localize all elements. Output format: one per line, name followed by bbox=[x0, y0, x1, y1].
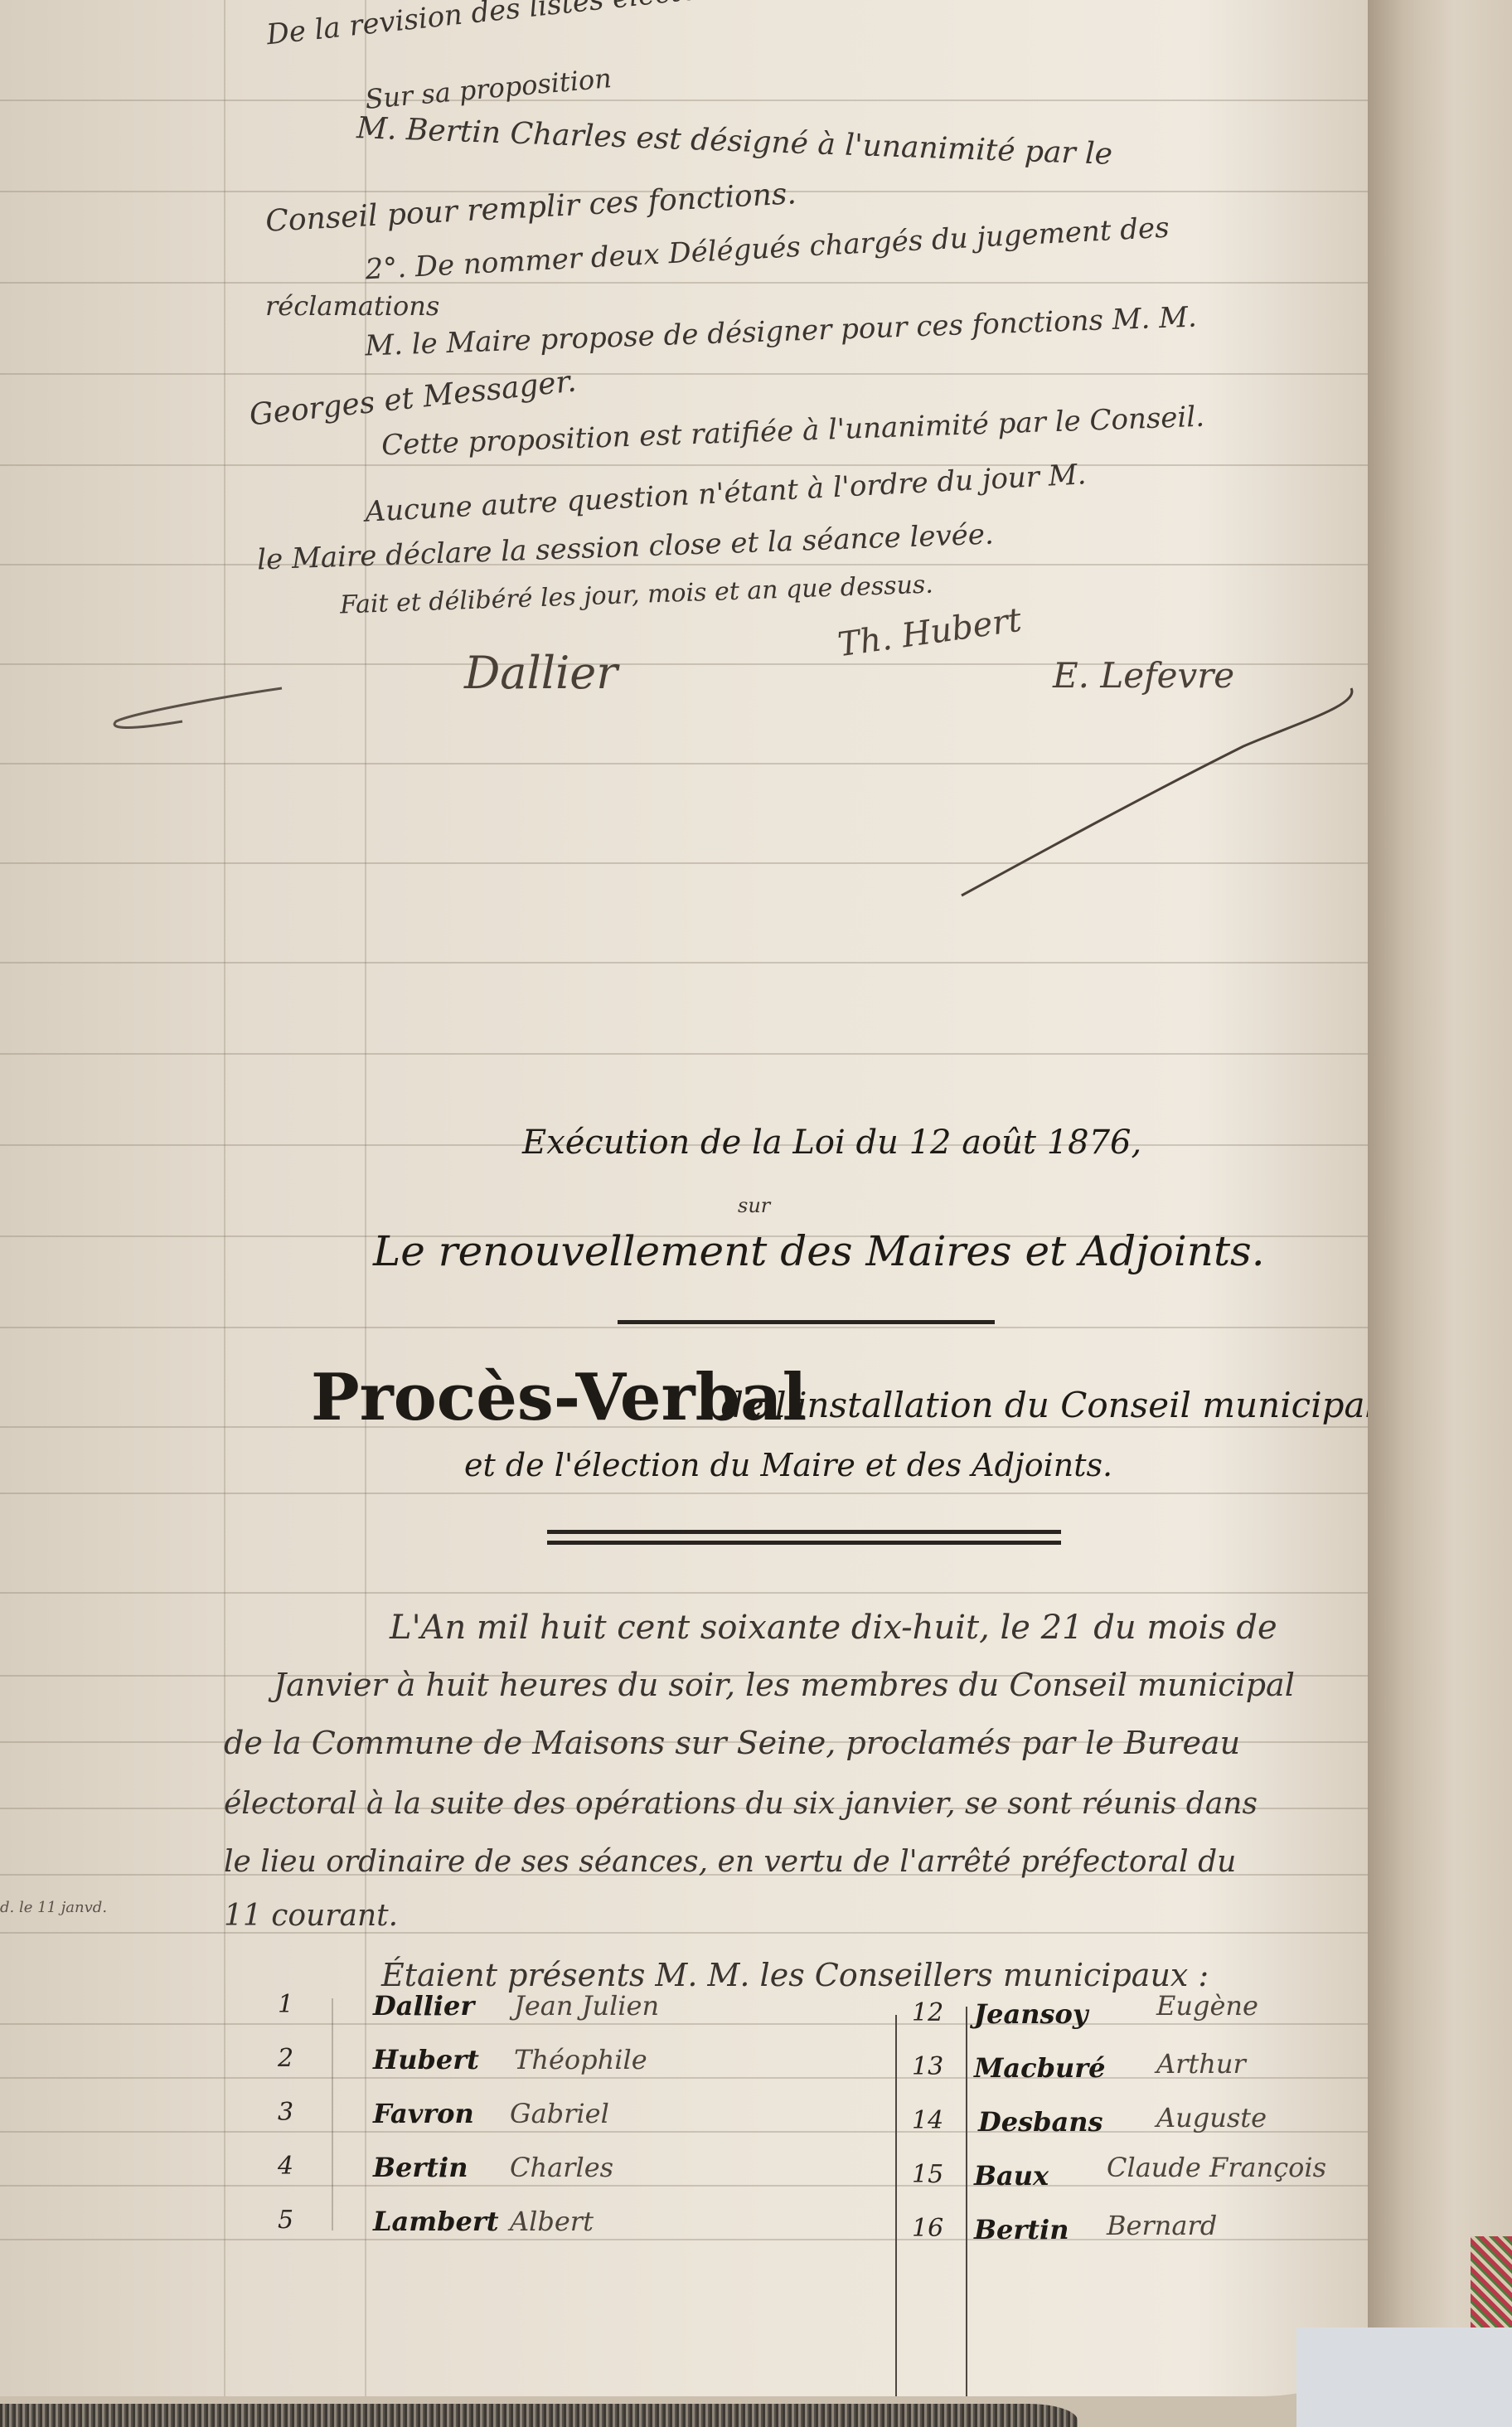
councillor-given-name: Eugène bbox=[1156, 1990, 1258, 2022]
ruled-line bbox=[0, 1493, 1409, 1494]
column-line bbox=[332, 1998, 333, 2230]
councillor-given-name: Auguste bbox=[1156, 2102, 1267, 2133]
ruled-line bbox=[0, 564, 1409, 565]
adjacent-page bbox=[1368, 0, 1512, 2427]
ruled-line bbox=[0, 100, 1409, 101]
councillor-number: 1 bbox=[278, 1990, 293, 2019]
text-line: M. le Maire propose de désigner pour ces… bbox=[365, 300, 1198, 362]
body-line: le lieu ordinaire de ses séances, en ver… bbox=[224, 1845, 1236, 1879]
ruled-line bbox=[0, 1592, 1409, 1594]
councillor-number: 14 bbox=[912, 2106, 943, 2135]
ruled-line bbox=[0, 962, 1409, 964]
text-line: Conseil pour remplir ces fonctions. bbox=[264, 177, 797, 238]
proces-verbal-subtitle: de l'installation du Conseil municipal bbox=[721, 1385, 1376, 1425]
councillor-given-name: Arthur bbox=[1156, 2048, 1246, 2080]
column-line bbox=[966, 2007, 967, 2396]
councillor-number: 4 bbox=[278, 2152, 293, 2181]
councillor-surname: Favron bbox=[373, 2098, 474, 2129]
body-line: Janvier à huit heures du soir, les membr… bbox=[274, 1667, 1295, 1703]
margin-line bbox=[224, 0, 225, 2396]
councillor-surname: Lambert bbox=[373, 2206, 498, 2237]
councillor-given-name: Bernard bbox=[1107, 2210, 1217, 2241]
ruled-line bbox=[0, 282, 1409, 284]
column-line bbox=[895, 2015, 897, 2396]
councillor-surname: Desbans bbox=[978, 2106, 1103, 2138]
councillor-given-name: Charles bbox=[510, 2152, 613, 2183]
body-line: de la Commune de Maisons sur Seine, proc… bbox=[224, 1725, 1240, 1761]
councillor-surname: Hubert bbox=[373, 2044, 479, 2075]
councillor-number: 15 bbox=[912, 2160, 943, 2189]
councillor-surname: Macburé bbox=[974, 2052, 1106, 2084]
councillor-given-name: Gabriel bbox=[510, 2098, 609, 2129]
signature-flourish-icon bbox=[99, 655, 1376, 904]
body-line: 11 courant. bbox=[224, 1899, 398, 1933]
text-line: Fait et délibéré les jour, mois et an qu… bbox=[340, 570, 934, 620]
double-divider-top bbox=[547, 1530, 1061, 1534]
councillor-number: 5 bbox=[278, 2206, 293, 2235]
body-line: électoral à la suite des opérations du s… bbox=[224, 1787, 1258, 1821]
councillor-given-name: Jean Julien bbox=[514, 1990, 659, 2022]
text-line: De la revision des listes électorales. bbox=[265, 0, 779, 51]
margin-note: d. le 11 janvd. bbox=[0, 1899, 107, 1916]
councillor-given-name: Claude François bbox=[1107, 2152, 1326, 2183]
heading-line-1: Exécution de la Loi du 12 août 1876, bbox=[522, 1124, 1141, 1162]
councillor-number: 13 bbox=[912, 2052, 943, 2081]
table-surface bbox=[1296, 2327, 1512, 2427]
double-divider-bottom bbox=[547, 1541, 1061, 1545]
text-line: M. Bertin Charles est désigné à l'unanim… bbox=[356, 111, 1113, 172]
register-page: De la revision des listes électorales. S… bbox=[0, 0, 1409, 2396]
councillor-surname: Baux bbox=[974, 2160, 1049, 2192]
councillor-number: 16 bbox=[912, 2214, 943, 2243]
ruled-line bbox=[0, 373, 1409, 375]
ruled-line bbox=[0, 2023, 1409, 2025]
ruled-line bbox=[0, 1053, 1409, 1055]
ruled-line bbox=[0, 1932, 1409, 1934]
councillor-number: 3 bbox=[278, 2098, 293, 2127]
text-line: réclamations bbox=[265, 290, 439, 322]
councillor-surname: Bertin bbox=[373, 2152, 468, 2183]
ruled-line bbox=[0, 464, 1409, 466]
proces-verbal-subtitle-2: et de l'élection du Maire et des Adjoint… bbox=[464, 1447, 1112, 1483]
ruled-line bbox=[0, 1327, 1409, 1328]
heading-line-2: sur bbox=[738, 1194, 770, 1217]
text-line: Cette proposition est ratifiée à l'unani… bbox=[381, 400, 1205, 463]
councillor-number: 2 bbox=[278, 2044, 293, 2073]
heading-line-3: Le renouvellement des Maires et Adjoints… bbox=[373, 1227, 1265, 1275]
book-page-edges bbox=[0, 2404, 1078, 2427]
councillor-surname: Dallier bbox=[373, 1990, 474, 2022]
councillor-given-name: Théophile bbox=[514, 2044, 647, 2075]
councillor-given-name: Albert bbox=[510, 2206, 594, 2237]
councillor-surname: Bertin bbox=[974, 2214, 1069, 2245]
councillor-number: 12 bbox=[912, 1998, 943, 2027]
body-line: Étaient présents M. M. les Conseillers m… bbox=[381, 1957, 1209, 1993]
divider bbox=[618, 1320, 995, 1324]
bookmark-ribbon bbox=[1471, 2236, 1512, 2327]
councillor-surname: Jeansoy bbox=[974, 1998, 1088, 2030]
text-line: Sur sa proposition bbox=[364, 62, 613, 115]
body-line: L'An mil huit cent soixante dix-huit, le… bbox=[390, 1609, 1277, 1647]
ruled-line bbox=[0, 2185, 1409, 2187]
